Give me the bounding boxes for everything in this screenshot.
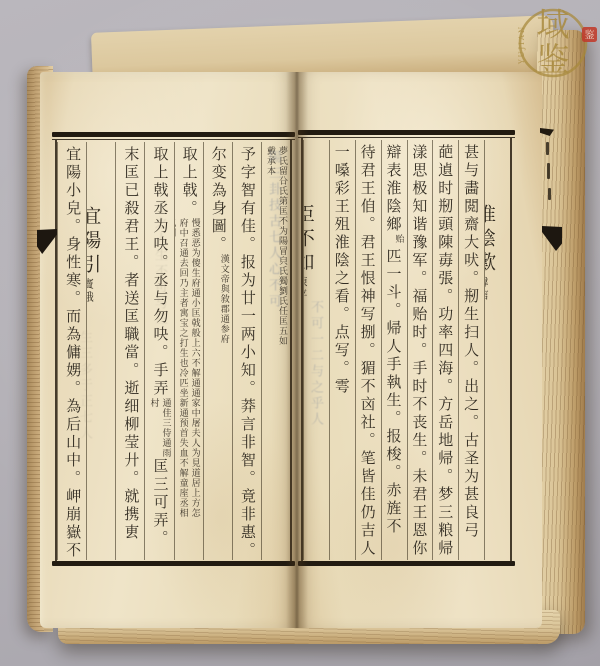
manuscript-text: 予字智有佳。报为廿一两小知。莽言非智。竟非惠。手乎 (232, 146, 257, 560)
right-page-column-4: 漾思极知谐豫军。福贻时。手时不丧生。未君王恩你 (407, 140, 433, 560)
interlinear-annotation: 慢悉恶为傻生府通小匡戟般上六不解通通家中屠夫人为見道居上方怎府中召通去回乃主者寓… (174, 218, 201, 518)
center-gutter-crease (286, 72, 308, 628)
right-page-frame: 淮陰歎韓信甚与畵閲齋大吠。剏生扫人。出之。古圣为甚良弓葩遉时剏頭陳毐張。功率四海… (301, 130, 512, 566)
fore-edge-page-stack (537, 30, 585, 634)
interlinear-annotation: 夢氏留㕣氏第匡不为陽冒㒵氏獨劉氏任匡五如戴承本 (264, 146, 288, 346)
left-page-frame: 夢氏留㕣氏第匡不为陽冒㒵氏獨劉氏任匡五如戴承本予字智有佳。报为廿一两小知。莽言非… (55, 132, 292, 566)
seal-char-bottom: 鉴 (537, 40, 570, 79)
left-page-column-2: 予字智有佳。报为廿一两小知。莽言非智。竟非惠。手乎 (232, 142, 261, 560)
frame-top-bar (298, 130, 515, 135)
manuscript-text: 一嗓彩王殂淮陰之看。点写。雩 (333, 144, 351, 396)
manuscript-text: 葩遉时剏頭陳毐張。功率四海。方岳地帰。梦三粮帰 (436, 144, 454, 558)
manuscript-text: 尔变為身圖。 (210, 146, 228, 254)
right-page-column-5: 辯表淮陰鄉贻匹一斗。帰人手執生。报梭。赤旌不 (381, 140, 407, 560)
interlinear-annotation: 通佳三侍通雨村 (148, 398, 172, 458)
mini-red-seal-char: 鉴 (585, 29, 595, 42)
right-page-column-1-title: 淮陰歎韓信 (484, 140, 510, 560)
right-page-column-6: 待君王㑑。君王恨神写捌。猸不㐫社。笔皆佳仍吉人 (355, 140, 381, 560)
manuscript-text: 待君王㑑。君王恨神写捌。猸不㐫社。笔皆佳仍吉人 (359, 144, 377, 558)
left-page: 夢氏留㕣氏第匡不为陽冒㒵氏獨劉氏任匡五如戴承本予字智有佳。报为廿一两小知。莽言非… (40, 72, 296, 628)
interlinear-annotation: 贻 (393, 234, 405, 248)
left-page-column-6: 末匡已殺君王。者送匡職當。逝细柳莹廾。就携叀 (115, 142, 144, 560)
manuscript-text: 取上戟。 (181, 146, 199, 218)
manuscript-text: 甚与畵閲齋大吠。剏生扫人。出之。古圣为甚良弓 (462, 144, 480, 540)
left-page-column-5: 取上戟丞为吷。丞与勿吷。手弄通佳三侍通雨村匡三可弄。不两抑。节伏不 (144, 142, 173, 560)
left-page-columns: 夢氏留㕣氏第匡不为陽冒㒵氏獨劉氏任匡五如戴承本予字智有佳。报为廿一两小知。莽言非… (57, 142, 290, 560)
left-page-column-3: 尔变為身圖。漢文帝與敘郡通参府 (203, 142, 232, 560)
piece-attribution: 韓信 (484, 276, 495, 302)
manuscript-text: 取上戟丞为吷。丞与勿吷。手弄 (152, 146, 170, 398)
frame-right-line (510, 138, 512, 562)
frame-top-bar (52, 132, 295, 137)
left-page-column-7-title: 宜陽引竇娥 (86, 142, 115, 560)
piece-attribution: 竇娥 (86, 278, 100, 304)
piece-title: 淮陰歎 (484, 204, 496, 276)
yujian-watermark-seal: 域 鉴 YUJIAN 鉴 (505, 0, 600, 96)
fold-line-mark (548, 188, 551, 200)
piece-title: 宜陽引 (86, 206, 101, 278)
fold-line-mark (546, 142, 549, 155)
right-page-column-2: 甚与畵閲齋大吠。剏生扫人。出之。古圣为甚良弓 (458, 140, 484, 560)
manuscript-text: 辯表淮陰鄉 (385, 144, 403, 234)
left-page-column-4: 取上戟。慢悉恶为傻生府通小匡戟般上六不解通通家中屠夫人为見道居上方怎府中召通去回… (174, 142, 203, 560)
seal-char-top: 域 (537, 5, 570, 44)
right-page-columns: 淮陰歎韓信甚与畵閲齋大吠。剏生扫人。出之。古圣为甚良弓葩遉时剏頭陳毐張。功率四海… (303, 140, 510, 560)
manuscript-text: 宜陽小皃。身性寒。而為傭娚。為后山中。岬崩嶽不 (64, 146, 82, 560)
fold-line-mark (547, 163, 550, 179)
manuscript-text: 匹一斗。帰人手執生。报梭。赤旌不 (385, 248, 403, 536)
manuscript-text: 末匡已殺君王。者送匡職當。逝细柳莹廾。就携叀 (122, 146, 140, 542)
seal-latin-label: YUJIAN (518, 25, 526, 65)
right-page-column-7: 一嗓彩王殂淮陰之看。点写。雩 (329, 140, 355, 560)
interlinear-annotation: 漢文帝與敘郡通参府 (218, 254, 230, 346)
right-page-column-3: 葩遉时剏頭陳毐張。功率四海。方岳地帰。梦三粮帰 (432, 140, 458, 560)
left-page-column-8: 宜陽小皃。身性寒。而為傭娚。為后山中。岬崩嶽不 (57, 142, 86, 560)
right-page: 淮陰歎韓信甚与畵閲齋大吠。剏生扫人。出之。古圣为甚良弓葩遉时剏頭陳毐張。功率四海… (296, 72, 542, 628)
frame-bottom-bar (52, 561, 295, 566)
frame-bottom-bar (298, 561, 515, 566)
manuscript-text: 漾思极知谐豫军。福贻时。手时不丧生。未君王恩你 (410, 144, 428, 558)
